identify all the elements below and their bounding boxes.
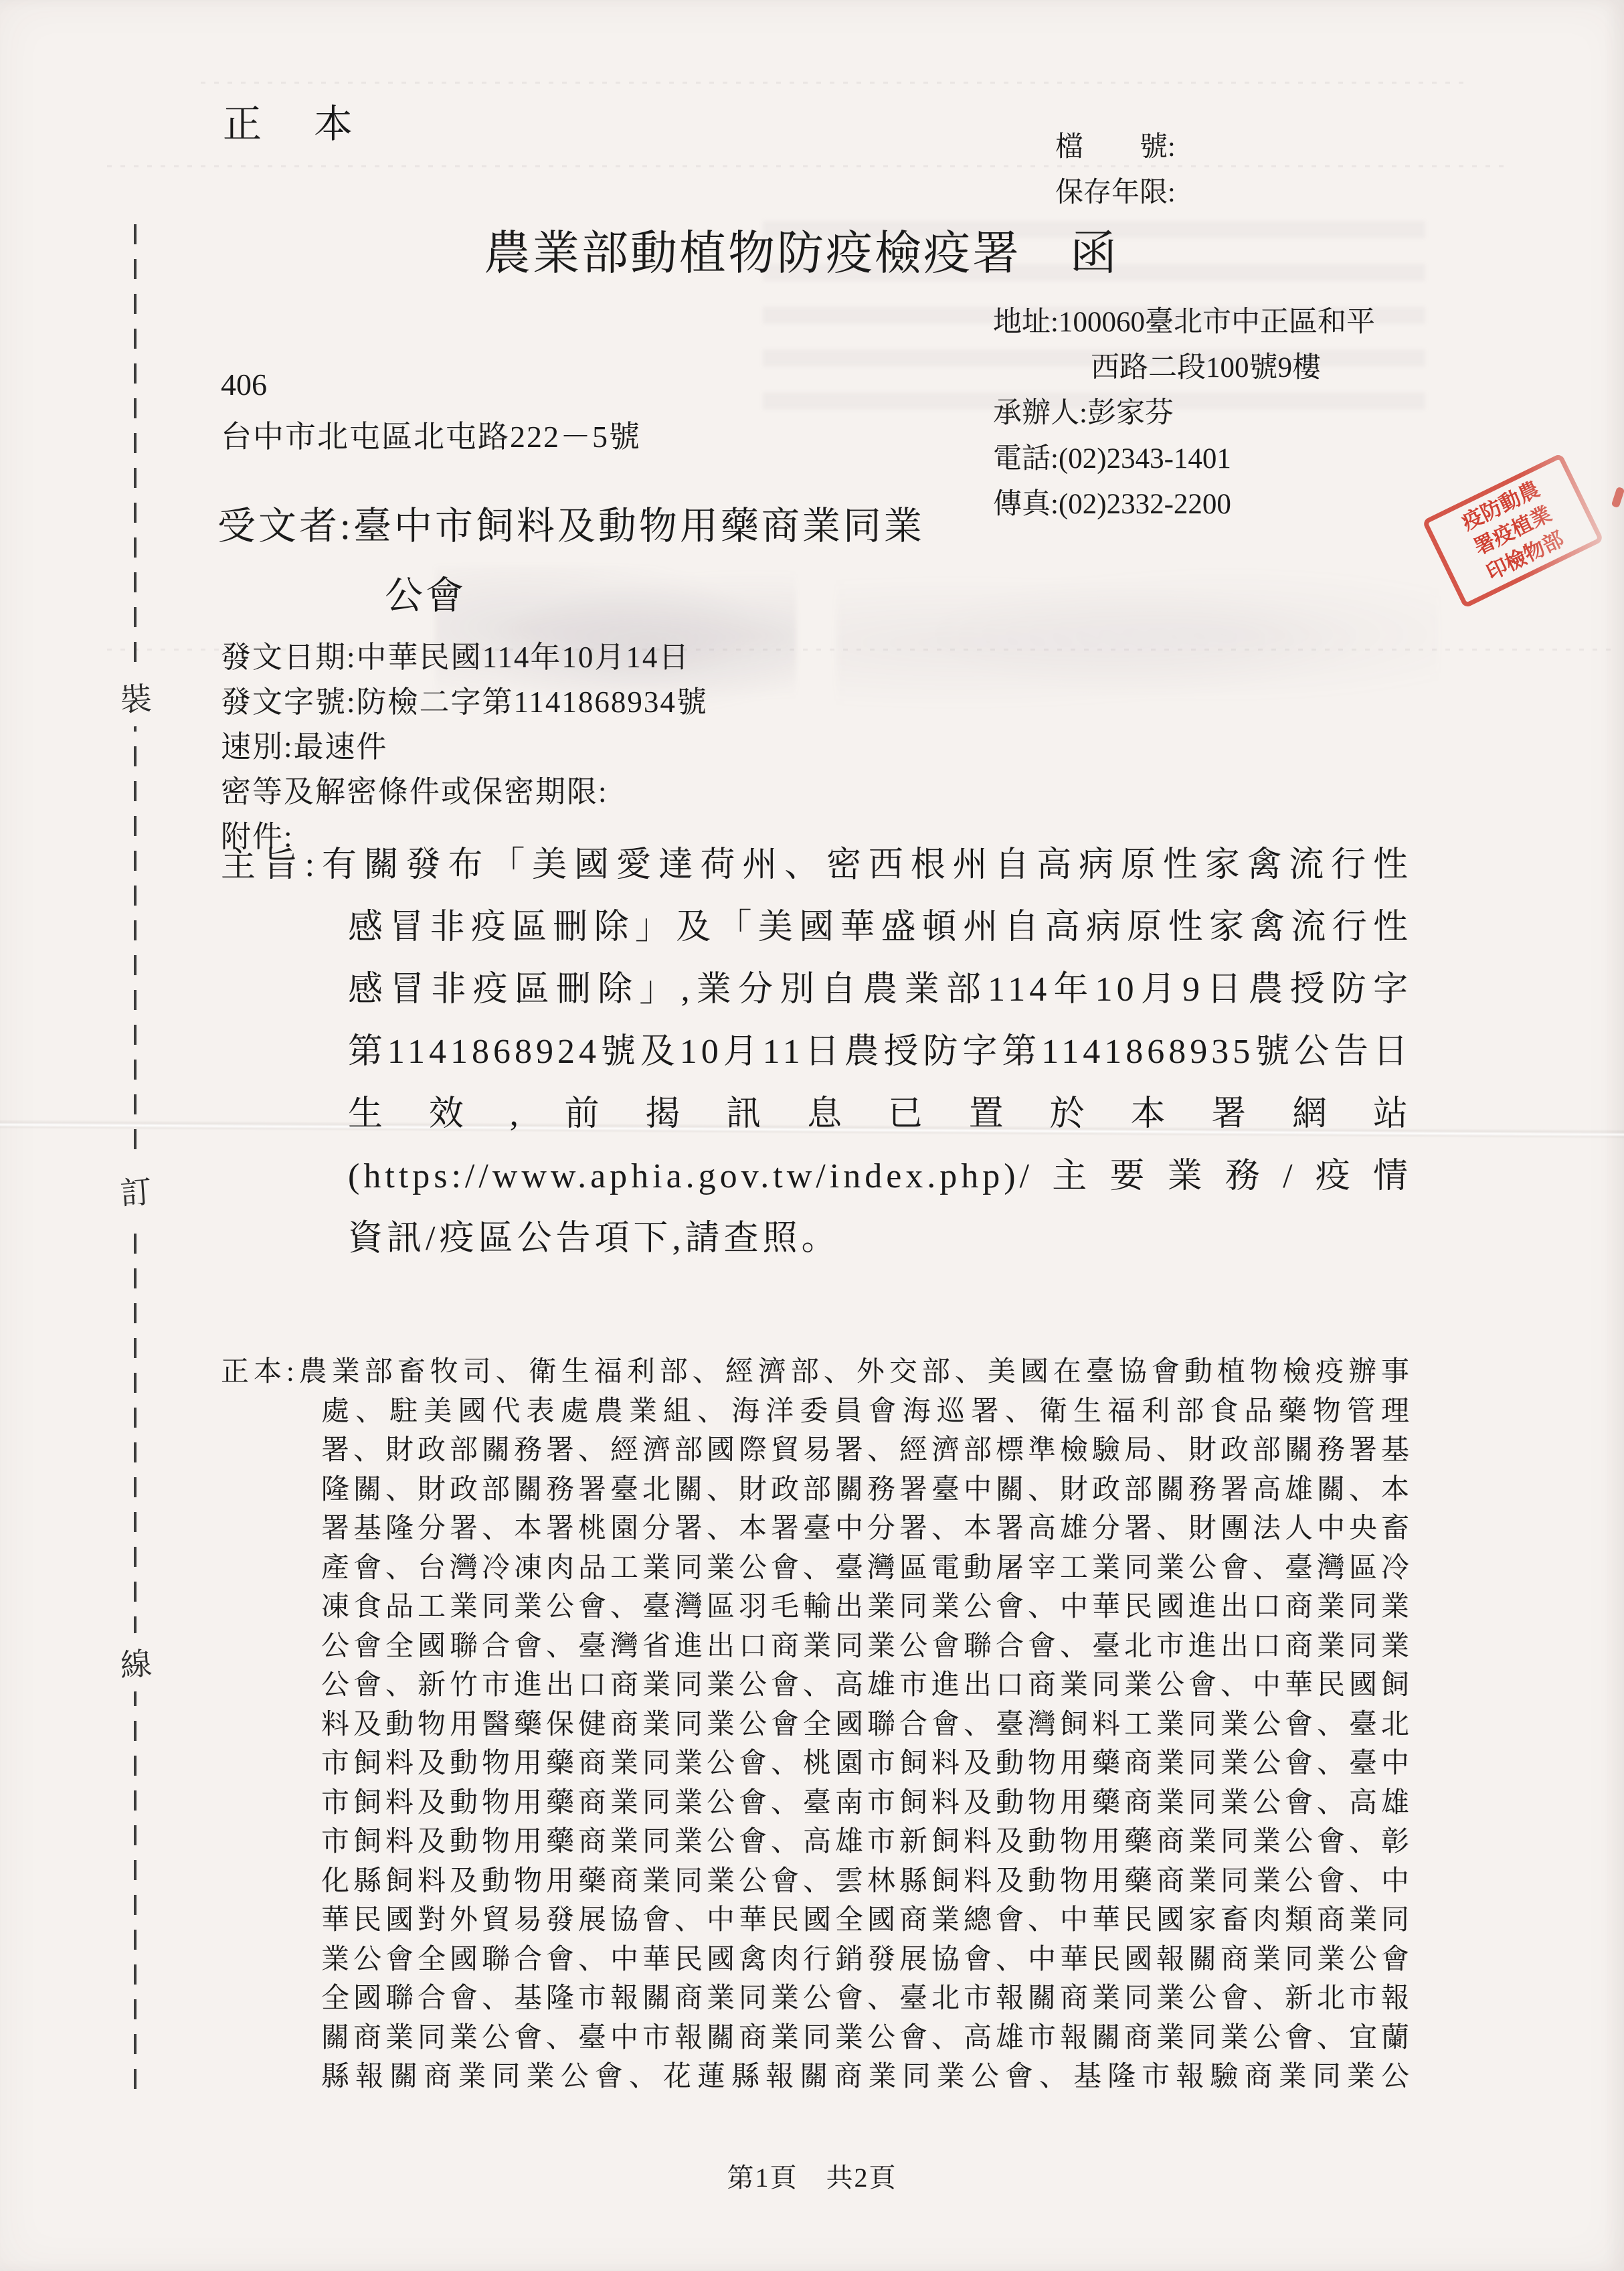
copy-list-line: 隆關、財政部關務署臺北關、財政部關務署臺中關、財政部關務署高雄關、本 — [321, 1474, 1412, 1513]
file-number-label: 檔 號: — [1055, 124, 1176, 165]
copy-list-line: 處、駐美國代表處農業組、海洋委員會海巡署、衛生福利部食品藥物管理 — [321, 1396, 1412, 1435]
copy-list-line: 署基隆分署、本署桃園分署、本署臺中分署、本署高雄分署、財團法人中央畜 — [321, 1513, 1412, 1552]
scan-streak — [107, 165, 1512, 167]
issue-date: 發文日期:中華民國114年10月14日 — [221, 633, 690, 676]
copy-list-line: 市飼料及動物用藥商業同業公會、臺南市飼料及動物用藥商業同業公會、高雄 — [321, 1787, 1412, 1827]
scan-streak — [201, 82, 1472, 84]
fax-number: 傳真:(02)2332-2200 — [993, 481, 1231, 522]
speed-level: 速別:最速件 — [221, 722, 388, 766]
copy-list-line: 縣報關商業同業公會、花蓮縣報關商業同業公會、基隆市報驗商業同業公 — [321, 2061, 1412, 2100]
subject-line: 感冒非疫區刪除」及「美國華盛頓州自高病原性家禽流行性 — [348, 907, 1412, 969]
subject-label: 主旨: — [221, 846, 319, 884]
page-title: 農業部動植物防疫檢疫署 函 — [484, 216, 1119, 283]
copy-list-line: 華民國對外貿易發展協會、中華民國全國商業總會、中華民國家畜肉類商業同 — [321, 1904, 1412, 1944]
recipient-name-line2: 公會 — [385, 565, 466, 620]
agency-address-line2: 西路二段100號9樓 — [1091, 345, 1321, 386]
copy-list-line: 業公會全國聯合會、中華民國禽肉行銷發展協會、中華民國報關商業同業公會 — [321, 1944, 1412, 1983]
copy-list-line: 化縣飼料及動物用藥商業同業公會、雲林縣飼料及動物用藥商業同業公會、中 — [321, 1865, 1412, 1905]
recipient-zip: 406 — [221, 367, 267, 402]
phone-number: 電話:(02)2343-1401 — [993, 436, 1231, 477]
contact-person: 承辦人:彭家芬 — [993, 390, 1174, 431]
subject-line: 主旨:有關發布「美國愛達荷州、密西根州自高病原性家禽流行性 — [221, 845, 1412, 907]
copy-recipients-list: 正本:農業部畜牧司、衛生福利部、經濟部、外交部、美國在臺協會動植物檢疫辦事 處、… — [221, 1356, 1412, 2100]
scanned-official-letter-page: 裝 訂 線 正 本 檔 號: 保存年限: 農業部動植物防疫檢疫署 函 地址:10… — [0, 0, 1624, 2271]
bleedthrough-ghost-right — [836, 562, 1439, 723]
copy-list-line: 正本:農業部畜牧司、衛生福利部、經濟部、外交部、美國在臺協會動植物檢疫辦事 — [221, 1356, 1412, 1396]
page-number-footer: 第1頁 共2頁 — [0, 2157, 1624, 2195]
subject-line: 第1141868924號及10月11日農授防字第1141868935號公告日 — [348, 1031, 1412, 1094]
subject-line-url: (https://www.aphia.gov.tw/index.php)/主要業… — [348, 1156, 1412, 1218]
copy-list-line: 產會、台灣冷凍肉品工業同業公會、臺灣區電動屠宰工業同業公會、臺灣區冷 — [321, 1552, 1412, 1592]
retention-period-label: 保存年限: — [1055, 170, 1176, 210]
document-number: 發文字號:防檢二字第1141868934號 — [221, 677, 708, 721]
copy-list-line: 公會全國聯合會、臺灣省進出口商業同業公會聯合會、臺北市進出口商業同業 — [321, 1630, 1412, 1670]
agency-address-line1: 地址:100060臺北市中正區和平 — [993, 299, 1375, 340]
subject-line: 資訊/疫區公告項下,請查照。 — [348, 1218, 1412, 1280]
copy-list-line: 關商業同業公會、臺中市報關商業同業公會、高雄市報關商業同業公會、宜蘭 — [321, 2022, 1412, 2062]
agency-red-seal: 疫防動農 署疫植業 印檢物部 — [1422, 453, 1605, 609]
security-classification: 密等及解密條件或保密期限: — [221, 767, 608, 811]
copy-type-mark: 正 本 — [223, 92, 359, 149]
copy-list-line: 市飼料及動物用藥商業同業公會、高雄市新飼料及動物用藥商業同業公會、彰 — [321, 1826, 1412, 1865]
copy-list-label: 正本: — [221, 1357, 297, 1387]
copy-list-line: 公會、新竹市進出口商業同業公會、高雄市進出口商業同業公會、中華民國飼 — [321, 1669, 1412, 1709]
subject-block: 主旨:有關發布「美國愛達荷州、密西根州自高病原性家禽流行性 感冒非疫區刪除」及「… — [221, 845, 1412, 1280]
copy-list-line: 署、財政部關務署、經濟部國際貿易署、經濟部標準檢驗局、財政部關務署基 — [321, 1434, 1412, 1474]
copy-list-line: 料及動物用醫藥保健商業同業公會全國聯合會、臺灣飼料工業同業公會、臺北 — [321, 1709, 1412, 1748]
copy-list-line: 全國聯合會、基隆市報關商業同業公會、臺北市報關商業同業公會、新北市報 — [321, 1983, 1412, 2022]
recipient-street: 台中市北屯區北屯路222－5號 — [221, 412, 641, 456]
subject-line: 感冒非疫區刪除」,業分別自農業部114年10月9日農授防字 — [348, 969, 1412, 1031]
seal-ink-speck — [1611, 487, 1624, 508]
binding-mark-ding: 訂 — [114, 1160, 157, 1221]
subject-line: 生效,前揭訊息已置於本署網站 — [348, 1094, 1412, 1156]
copy-list-line: 凍食品工業同業公會、臺灣區羽毛輸出業同業公會、中華民國進出口商業同業 — [321, 1591, 1412, 1630]
recipient-name-line1: 受文者:臺中市飼料及動物用藥商業同業 — [217, 495, 925, 550]
binding-mark-xian: 線 — [114, 1632, 157, 1693]
copy-list-line: 市飼料及動物用藥商業同業公會、桃園市飼料及動物用藥商業同業公會、臺中 — [321, 1748, 1412, 1787]
binding-mark-zhuang: 裝 — [114, 667, 157, 728]
